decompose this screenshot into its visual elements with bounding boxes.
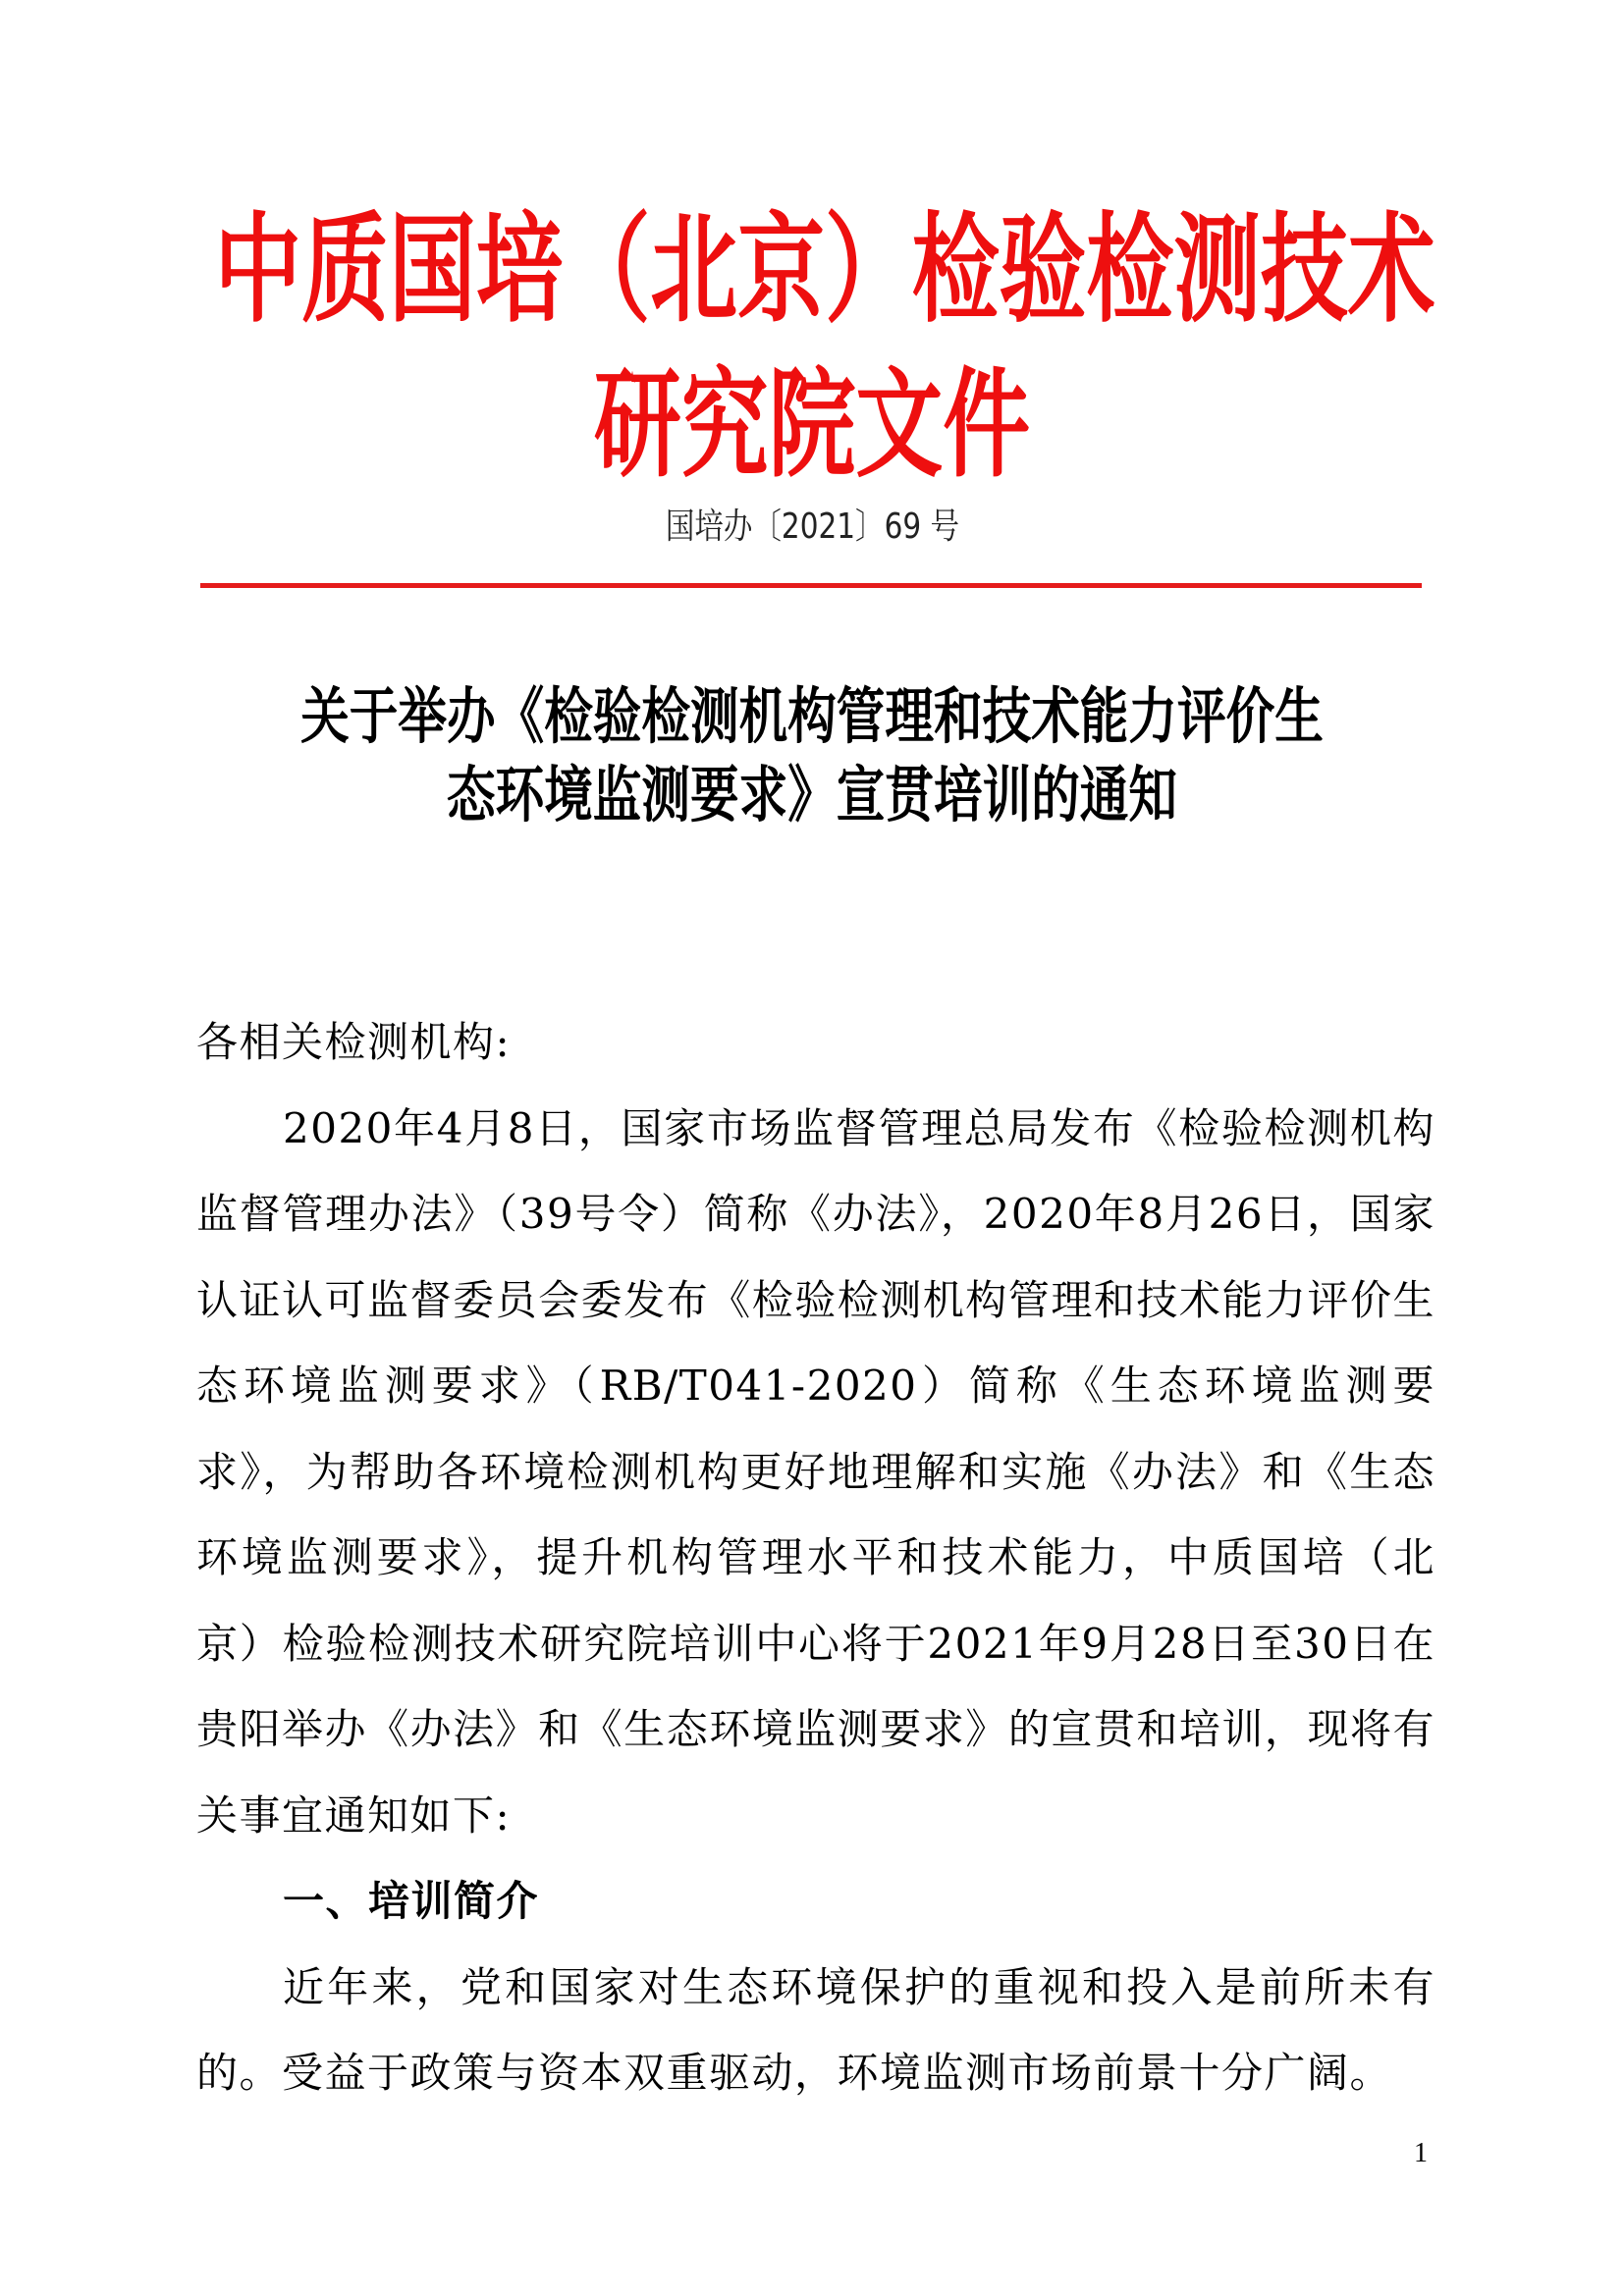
section-paragraph-training-intro: 近年来，党和国家对生态环境保护的重视和投入是前所未有的。受益于政策与资本双重驱动… (196, 1945, 1435, 2116)
document-number: 国培办〔2021〕69 号 (0, 503, 1624, 552)
issuer-title-line1: 中质国培（北京）检验检测技术 (0, 196, 1624, 344)
intro-paragraph: 2020年4月8日，国家市场监督管理总局发布《检验检测机构监督管理办法》（39号… (196, 1086, 1435, 1859)
issuer-title-line1-text: 中质国培（北京）检验检测技术 (214, 196, 1435, 344)
notice-title-line1: 关于举办《检验检测机构管理和技术能力评价生 (0, 677, 1624, 756)
salutation: 各相关检测机构: (196, 999, 1435, 1086)
red-divider-rule (200, 583, 1422, 588)
notice-title-line1-text: 关于举办《检验检测机构管理和技术能力评价生 (300, 677, 1324, 756)
notice-title-line2-text: 态环境监测要求》宣贯培训的通知 (447, 756, 1177, 834)
notice-body: 各相关检测机构: 2020年4月8日，国家市场监督管理总局发布《检验检测机构监督… (196, 999, 1435, 2116)
issuer-title-line2-text: 研究院文件 (594, 351, 1030, 499)
page-number: 1 (1414, 2138, 1428, 2169)
notice-title-line2: 态环境监测要求》宣贯培训的通知 (0, 756, 1624, 834)
section-heading-training-intro: 一、培训简介 (196, 1858, 1435, 1945)
document-number-text: 国培办〔2021〕69 号 (665, 503, 958, 552)
document-page: 中质国培（北京）检验检测技术 研究院文件 国培办〔2021〕69 号 关于举办《… (0, 0, 1624, 2296)
issuer-title-line2: 研究院文件 (0, 351, 1624, 499)
